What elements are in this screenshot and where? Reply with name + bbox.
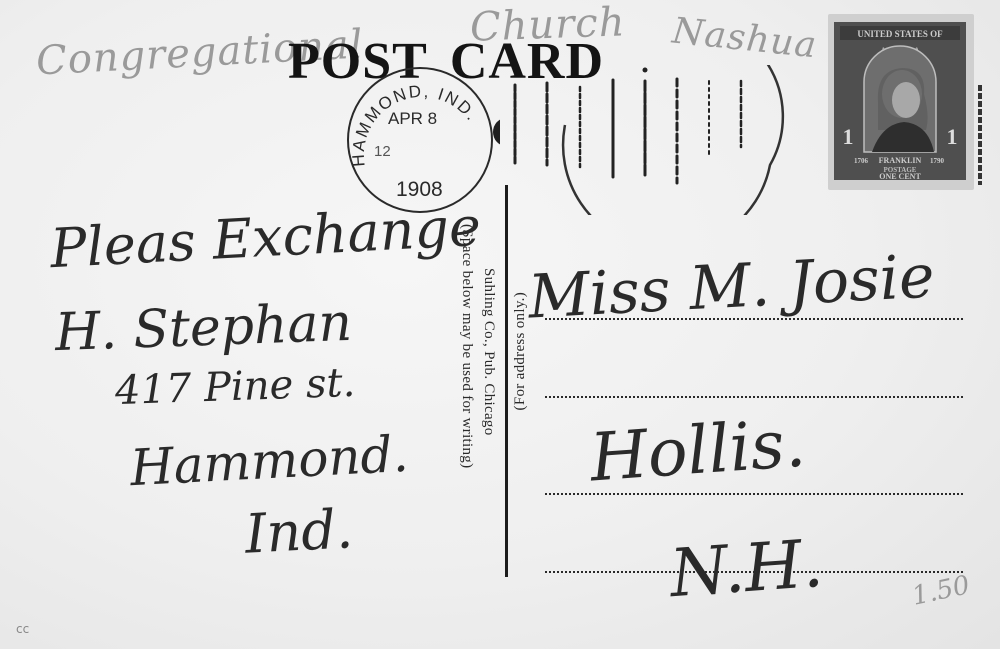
recipient-state: N.H. (668, 525, 826, 612)
postmark-time: 12 (374, 143, 391, 160)
corner-mark-price: 1.50 (910, 570, 973, 611)
message-line-4: Hammond. (129, 425, 410, 497)
address-note: (For address only.) (512, 292, 529, 410)
stamp-year-died: 1790 (930, 157, 945, 165)
publisher-note: Suhling Co., Pub. Chicago (480, 268, 497, 436)
recipient-city: Hollis. (588, 405, 808, 497)
message-line-1: Pleas Exchange (49, 195, 483, 280)
postmark-date: APR 8 (388, 109, 437, 128)
postmark-circle-icon: HAMMOND, IND. APR 8 12 1908 (340, 58, 500, 216)
message-line-3: 417 Pine st. (114, 360, 356, 414)
stamp-country-top: UNITED STATES OF (857, 29, 943, 39)
pencil-word-nashua: Nashua (670, 11, 819, 67)
stamp-denomination: ONE CENT (879, 172, 921, 181)
corner-mark-cc: cc (16, 622, 29, 636)
franklin-stamp-icon: UNITED STATES OF AMERICA 1 1 1706 FRANKL… (826, 12, 976, 192)
stamp-cancel-mark (978, 85, 982, 185)
stamp-year-born: 1706 (854, 157, 869, 165)
center-divider (505, 185, 508, 577)
postmark: HAMMOND, IND. APR 8 12 1908 (340, 58, 500, 216)
stamp-value-right: 1 (947, 124, 958, 149)
stamp-value-left: 1 (843, 124, 854, 149)
message-line-2: H. Stephan (54, 293, 353, 363)
message-line-5: Ind. (243, 497, 354, 566)
stamp-portrait-name: FRANKLIN (879, 156, 922, 165)
writing-note: (Space below may be used for writing) (458, 224, 475, 468)
postcard-back: Congregational Church Nashua POSTCARD HA… (0, 0, 1000, 649)
postage-stamp: UNITED STATES OF AMERICA 1 1 1706 FRANKL… (826, 12, 976, 192)
address-line-2 (545, 396, 963, 398)
pencil-note-nashua: Nashua (670, 11, 819, 67)
cancellation-bars-icon (505, 65, 785, 215)
